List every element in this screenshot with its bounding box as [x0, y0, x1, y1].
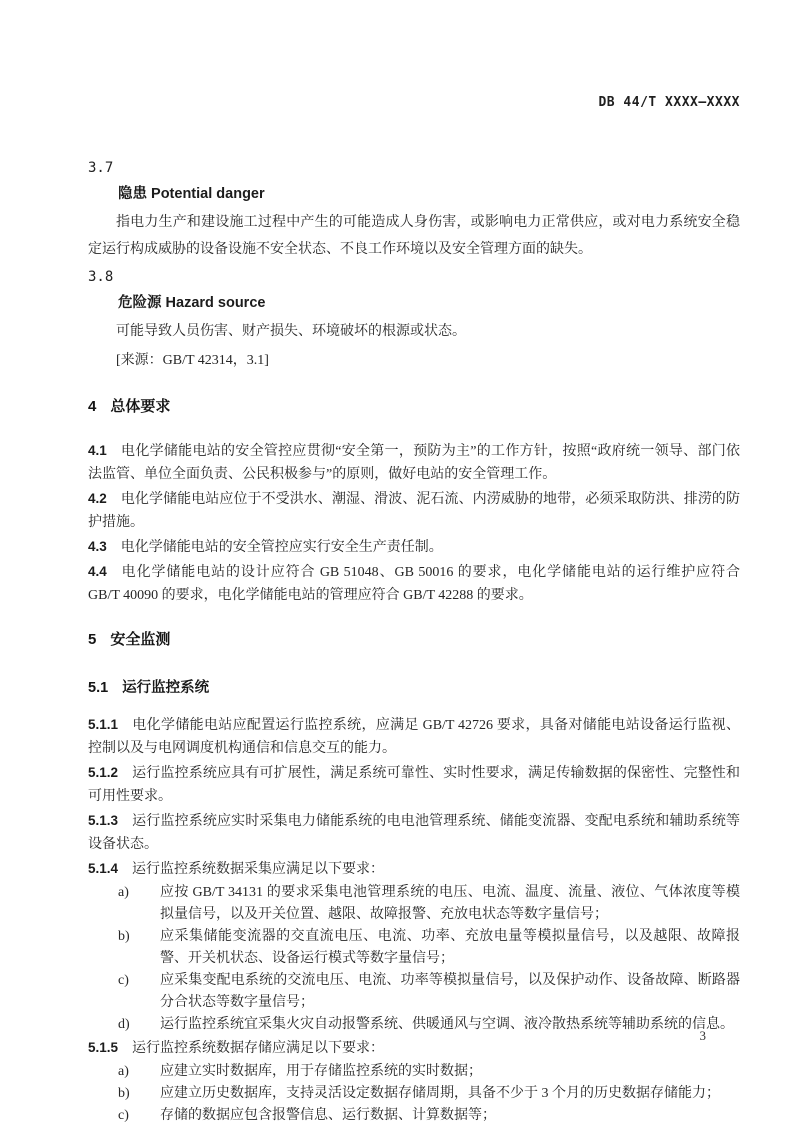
clause-number: 4.4 [88, 564, 107, 579]
clause-text: 电化学储能电站应位于不受洪水、潮湿、滑波、泥石流、内涝威胁的地带，必须采取防洪、… [88, 492, 740, 530]
section-title: 总体要求 [110, 398, 170, 415]
clause-number: 5.1.4 [88, 861, 118, 876]
list-item-a: a) 应建立实时数据库，用于存储监控系统的实时数据； [88, 1061, 740, 1083]
section-heading-4: 4总体要求 [88, 395, 740, 419]
clause-4-2: 4.2电化学储能电站应位于不受洪水、潮湿、滑波、泥石流、内涝威胁的地带，必须采取… [88, 487, 740, 534]
clause-text: 运行监控系统应具有可扩展性，满足系统可靠性、实时性要求，满足传输数据的保密性、完… [88, 766, 740, 804]
term-definition: 可能导致人员伤害、财产损失、环境破坏的根源或状态。 [88, 318, 740, 345]
clause-number: 4.3 [88, 539, 107, 554]
subsection-number: 5.1 [88, 680, 108, 696]
list-item-text: 应采集变配电系统的交流电压、电流、功率等模拟量信号，以及保护动作、设备故障、断路… [160, 970, 740, 1014]
list-item-text: 存储的数据应包含报警信息、运行数据、计算数据等； [160, 1105, 740, 1123]
clause-number: 4.1 [88, 443, 107, 458]
list-item-text: 应按 GB/T 34131 的要求采集电池管理系统的电压、电流、温度、流量、液位… [160, 882, 740, 926]
clause-5-1-5: 5.1.5运行监控系统数据存储应满足以下要求： [88, 1036, 740, 1060]
source-note: [来源：GB/T 42314，3.1] [88, 347, 740, 374]
clause-4-4: 4.4电化学储能电站的设计应符合 GB 51048、GB 50016 的要求，电… [88, 560, 740, 607]
section-heading-5: 5安全监测 [88, 628, 740, 652]
list-item-label: a) [118, 1061, 160, 1083]
page-content: 3.7 隐患 Potential danger 指电力生产和建设施工过程中产生的… [88, 156, 740, 1123]
subsection-heading-5-1: 5.1运行监控系统 [88, 676, 740, 700]
list-item-b: b) 应建立历史数据库，支持灵活设定数据存储周期，具备不少于 3 个月的历史数据… [88, 1083, 740, 1105]
clause-text: 电化学储能电站的安全管控应实行安全生产责任制。 [121, 540, 443, 555]
clause-4-1: 4.1电化学储能电站的安全管控应贯彻“安全第一，预防为主”的工作方针，按照“政府… [88, 439, 740, 486]
list-item-label: a) [118, 882, 160, 926]
list-item-text: 应建立实时数据库，用于存储监控系统的实时数据； [160, 1061, 740, 1083]
doc-code-header: DB 44/T XXXX—XXXX [598, 95, 740, 110]
clause-number: 4.2 [88, 491, 107, 506]
clause-number: 5.1.5 [88, 1040, 118, 1055]
page-number: 3 [700, 1028, 707, 1044]
clause-text: 电化学储能电站应配置运行监控系统，应满足 GB/T 42726 要求，具备对储能… [88, 718, 740, 756]
list-item-label: d) [118, 1014, 160, 1036]
clause-4-3: 4.3电化学储能电站的安全管控应实行安全生产责任制。 [88, 535, 740, 559]
list-item-c: c) 存储的数据应包含报警信息、运行数据、计算数据等； [88, 1105, 740, 1123]
section-title: 安全监测 [110, 631, 170, 648]
clause-text: 运行监控系统数据采集应满足以下要求： [132, 862, 384, 877]
term-number: 3.7 [88, 156, 740, 180]
term-number: 3.8 [88, 265, 740, 289]
list-item-b: b) 应采集储能变流器的交直流电压、电流、功率、充放电量等模拟量信号，以及越限、… [88, 926, 740, 970]
clause-5-1-3: 5.1.3运行监控系统应实时采集电力储能系统的电电池管理系统、储能变流器、变配电… [88, 809, 740, 856]
clause-number: 5.1.1 [88, 717, 118, 732]
clause-number: 5.1.2 [88, 765, 118, 780]
clause-5-1-1: 5.1.1电化学储能电站应配置运行监控系统，应满足 GB/T 42726 要求，… [88, 713, 740, 760]
term-title: 隐患 Potential danger [88, 181, 740, 207]
list-item-text: 应建立历史数据库，支持灵活设定数据存储周期，具备不少于 3 个月的历史数据存储能… [160, 1083, 740, 1105]
term-definition: 指电力生产和建设施工过程中产生的可能造成人身伤害，或影响电力正常供应，或对电力系… [88, 209, 740, 263]
clause-text: 电化学储能电站的安全管控应贯彻“安全第一，预防为主”的工作方针，按照“政府统一领… [88, 444, 740, 482]
list-item-d: d) 运行监控系统宜采集火灾自动报警系统、供暖通风与空调、液冷散热系统等辅助系统… [88, 1014, 740, 1036]
section-number: 4 [88, 398, 96, 415]
section-number: 5 [88, 631, 96, 648]
clause-text: 电化学储能电站的设计应符合 GB 51048、GB 50016 的要求，电化学储… [88, 565, 740, 603]
subsection-title: 运行监控系统 [122, 680, 209, 696]
list-item-text: 应采集储能变流器的交直流电压、电流、功率、充放电量等模拟量信号，以及越限、故障报… [160, 926, 740, 970]
clause-5-1-2: 5.1.2运行监控系统应具有可扩展性，满足系统可靠性、实时性要求，满足传输数据的… [88, 761, 740, 808]
clause-text: 运行监控系统数据存储应满足以下要求： [132, 1041, 384, 1056]
term-title: 危险源 Hazard source [88, 290, 740, 316]
list-item-label: b) [118, 1083, 160, 1105]
list-item-label: c) [118, 970, 160, 1014]
list-item-a: a) 应按 GB/T 34131 的要求采集电池管理系统的电压、电流、温度、流量… [88, 882, 740, 926]
list-item-c: c) 应采集变配电系统的交流电压、电流、功率等模拟量信号，以及保护动作、设备故障… [88, 970, 740, 1014]
clause-text: 运行监控系统应实时采集电力储能系统的电电池管理系统、储能变流器、变配电系统和辅助… [88, 814, 740, 852]
list-item-label: b) [118, 926, 160, 970]
document-page: DB 44/T XXXX—XXXX 3.7 隐患 Potential dange… [0, 0, 794, 1123]
list-item-label: c) [118, 1105, 160, 1123]
clause-5-1-4: 5.1.4运行监控系统数据采集应满足以下要求： [88, 857, 740, 881]
list-item-text: 运行监控系统宜采集火灾自动报警系统、供暖通风与空调、液冷散热系统等辅助系统的信息… [160, 1014, 740, 1036]
clause-number: 5.1.3 [88, 813, 118, 828]
